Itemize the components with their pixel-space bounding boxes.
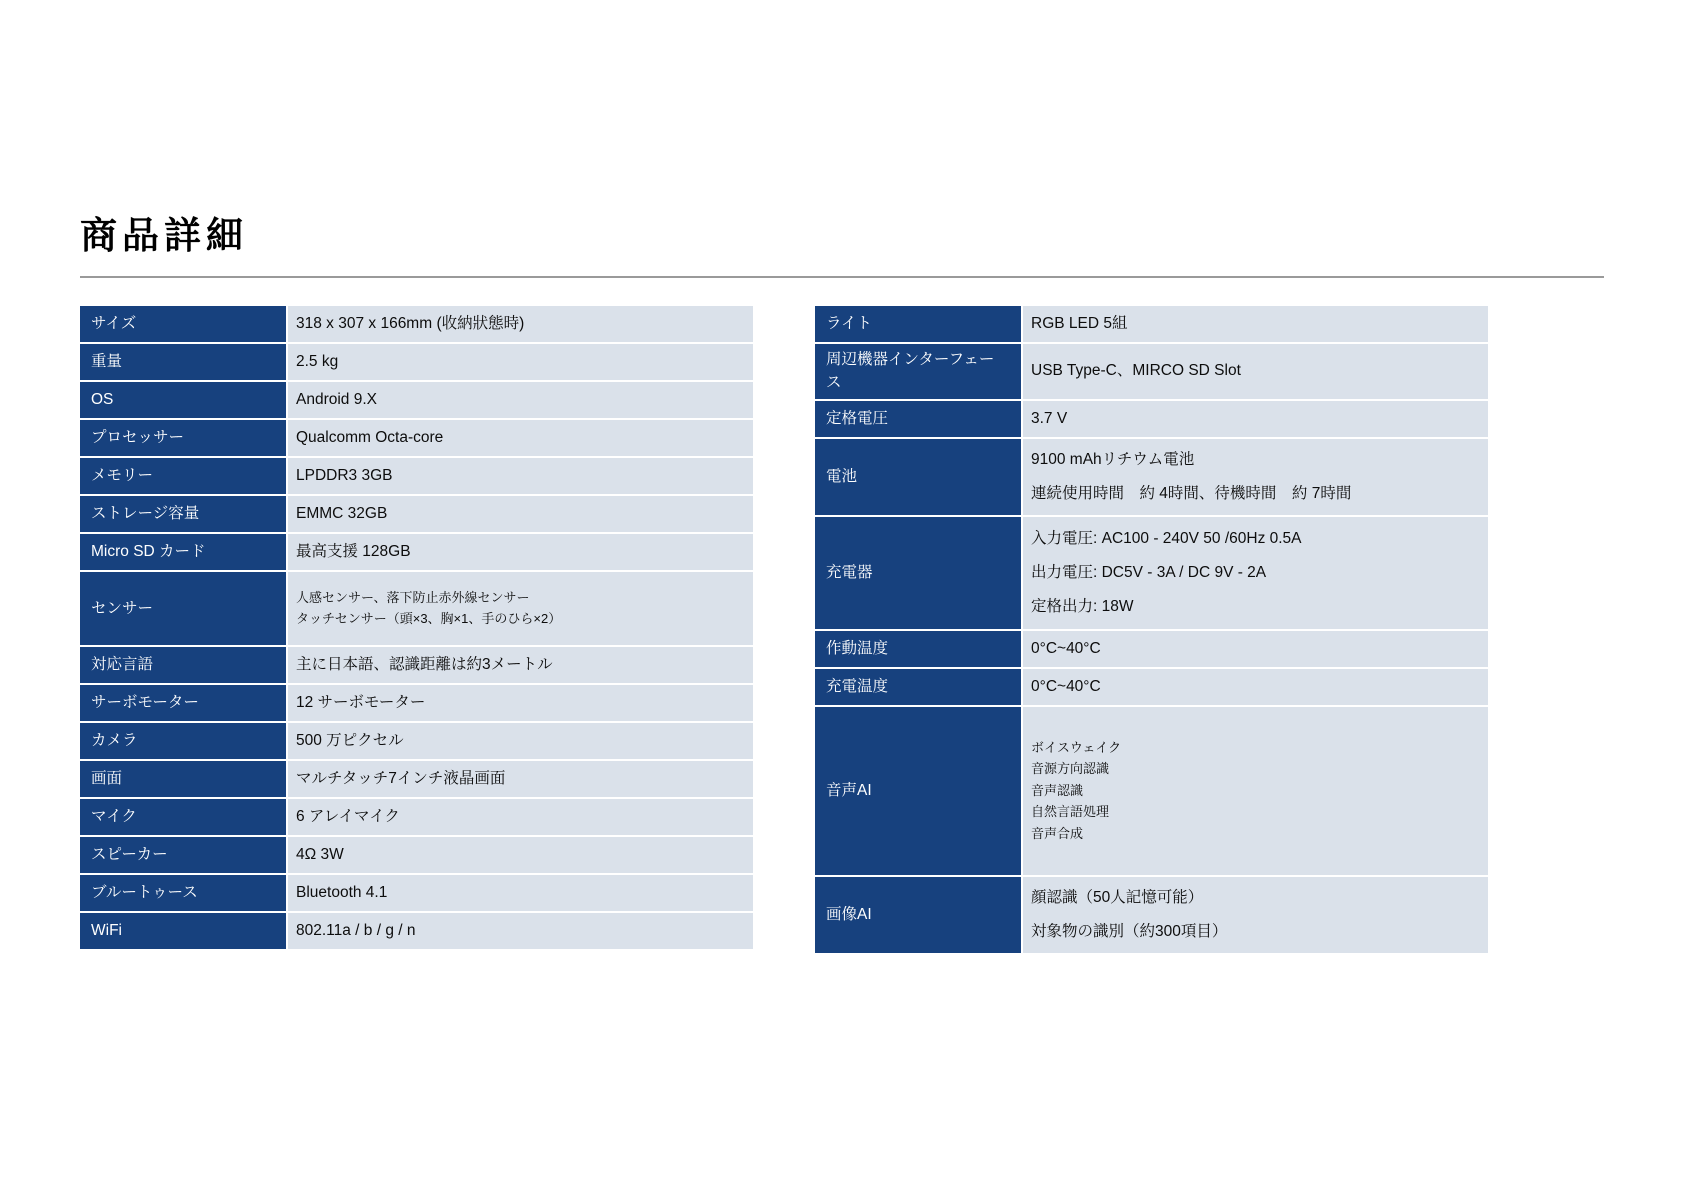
spec-value: RGB LED 5組 [1023, 306, 1488, 342]
spec-value: Android 9.X [288, 382, 753, 418]
spec-value: Bluetooth 4.1 [288, 875, 753, 911]
spec-label: WiFi [80, 913, 286, 949]
spec-label: OS [80, 382, 286, 418]
spec-label: 音声AI [815, 707, 1021, 875]
spec-value: 主に日本語、認識距離は約3メートル [288, 647, 753, 683]
spec-value: Qualcomm Octa-core [288, 420, 753, 456]
spec-row-microsd: Micro SD カード 最高支援 128GB [80, 534, 753, 570]
page-title: 商品詳細 [80, 216, 1604, 257]
spec-value: 人感センサー、落下防止赤外線センサー タッチセンサー（頭×3、胸×1、手のひら×… [288, 572, 753, 645]
spec-value: 0°C~40°C [1023, 631, 1488, 667]
spec-value: 9100 mAhリチウム電池 連続使用時間 約 4時間、待機時間 約 7時間 [1023, 439, 1488, 515]
spec-value: ボイスウェイク 音源方向認識 音声認識 自然言語処理 音声合成 [1023, 707, 1488, 875]
spec-value: 802.11a / b / g / n [288, 913, 753, 949]
spec-row-charging-temp: 充電温度 0°C~40°C [815, 669, 1488, 705]
spec-row-processor: プロセッサー Qualcomm Octa-core [80, 420, 753, 456]
spec-row-weight: 重量 2.5 kg [80, 344, 753, 380]
spec-value: 最高支援 128GB [288, 534, 753, 570]
spec-row-storage: ストレージ容量 EMMC 32GB [80, 496, 753, 532]
spec-label: サイズ [80, 306, 286, 342]
spec-row-language: 対応言語 主に日本語、認識距離は約3メートル [80, 647, 753, 683]
title-divider [80, 276, 1604, 278]
spec-label: 対応言語 [80, 647, 286, 683]
spec-row-screen: 画面 マルチタッチ7インチ液晶画面 [80, 761, 753, 797]
spec-value: LPDDR3 3GB [288, 458, 753, 494]
product-detail-page: 商品詳細 サイズ 318 x 307 x 166mm (收納狀態時) 重量 2.… [0, 216, 1684, 953]
spec-table-right: ライト RGB LED 5組 周辺機器インターフェース USB Type-C、M… [815, 306, 1488, 953]
spec-row-os: OS Android 9.X [80, 382, 753, 418]
spec-row-wifi: WiFi 802.11a / b / g / n [80, 913, 753, 949]
spec-value: 4Ω 3W [288, 837, 753, 873]
spec-row-mic: マイク 6 アレイマイク [80, 799, 753, 835]
spec-row-operating-temp: 作動温度 0°C~40°C [815, 631, 1488, 667]
spec-value: EMMC 32GB [288, 496, 753, 532]
spec-value: 入力電圧: AC100 - 240V 50 /60Hz 0.5A 出力電圧: D… [1023, 517, 1488, 629]
spec-table-left: サイズ 318 x 307 x 166mm (收納狀態時) 重量 2.5 kg … [80, 306, 753, 949]
spec-label: 充電器 [815, 517, 1021, 629]
spec-label: サーボモーター [80, 685, 286, 721]
spec-label: マイク [80, 799, 286, 835]
spec-row-camera: カメラ 500 万ピクセル [80, 723, 753, 759]
spec-label: 電池 [815, 439, 1021, 515]
spec-value: 6 アレイマイク [288, 799, 753, 835]
spec-label: ライト [815, 306, 1021, 342]
spec-row-peripheral-interface: 周辺機器インターフェース USB Type-C、MIRCO SD Slot [815, 344, 1488, 399]
spec-label: Micro SD カード [80, 534, 286, 570]
spec-row-light: ライト RGB LED 5組 [815, 306, 1488, 342]
spec-row-battery: 電池 9100 mAhリチウム電池 連続使用時間 約 4時間、待機時間 約 7時… [815, 439, 1488, 515]
spec-value: 12 サーボモーター [288, 685, 753, 721]
spec-value: USB Type-C、MIRCO SD Slot [1023, 344, 1488, 399]
spec-value: 0°C~40°C [1023, 669, 1488, 705]
spec-value: 顔認識（50人記憶可能） 対象物の識別（約300項目） [1023, 877, 1488, 953]
spec-row-charger: 充電器 入力電圧: AC100 - 240V 50 /60Hz 0.5A 出力電… [815, 517, 1488, 629]
spec-row-memory: メモリー LPDDR3 3GB [80, 458, 753, 494]
spec-label: 画像AI [815, 877, 1021, 953]
spec-label: 画面 [80, 761, 286, 797]
spec-label: 周辺機器インターフェース [815, 344, 1021, 399]
spec-row-image-ai: 画像AI 顔認識（50人記憶可能） 対象物の識別（約300項目） [815, 877, 1488, 953]
spec-label: プロセッサー [80, 420, 286, 456]
spec-row-size: サイズ 318 x 307 x 166mm (收納狀態時) [80, 306, 753, 342]
spec-value: 318 x 307 x 166mm (收納狀態時) [288, 306, 753, 342]
spec-label: スピーカー [80, 837, 286, 873]
spec-label: ストレージ容量 [80, 496, 286, 532]
spec-value: 3.7 V [1023, 401, 1488, 437]
spec-label: ブルートゥース [80, 875, 286, 911]
spec-value: 500 万ピクセル [288, 723, 753, 759]
spec-value: マルチタッチ7インチ液晶画面 [288, 761, 753, 797]
spec-label: 定格電圧 [815, 401, 1021, 437]
spec-label: センサー [80, 572, 286, 645]
spec-label: 重量 [80, 344, 286, 380]
spec-row-speaker: スピーカー 4Ω 3W [80, 837, 753, 873]
spec-tables: サイズ 318 x 307 x 166mm (收納狀態時) 重量 2.5 kg … [80, 306, 1604, 953]
spec-row-voice-ai: 音声AI ボイスウェイク 音源方向認識 音声認識 自然言語処理 音声合成 [815, 707, 1488, 875]
spec-row-servo: サーボモーター 12 サーボモーター [80, 685, 753, 721]
spec-label: 作動温度 [815, 631, 1021, 667]
spec-row-rated-voltage: 定格電圧 3.7 V [815, 401, 1488, 437]
spec-row-bluetooth: ブルートゥース Bluetooth 4.1 [80, 875, 753, 911]
spec-label: カメラ [80, 723, 286, 759]
spec-value: 2.5 kg [288, 344, 753, 380]
spec-row-sensors: センサー 人感センサー、落下防止赤外線センサー タッチセンサー（頭×3、胸×1、… [80, 572, 753, 645]
spec-label: メモリー [80, 458, 286, 494]
spec-label: 充電温度 [815, 669, 1021, 705]
